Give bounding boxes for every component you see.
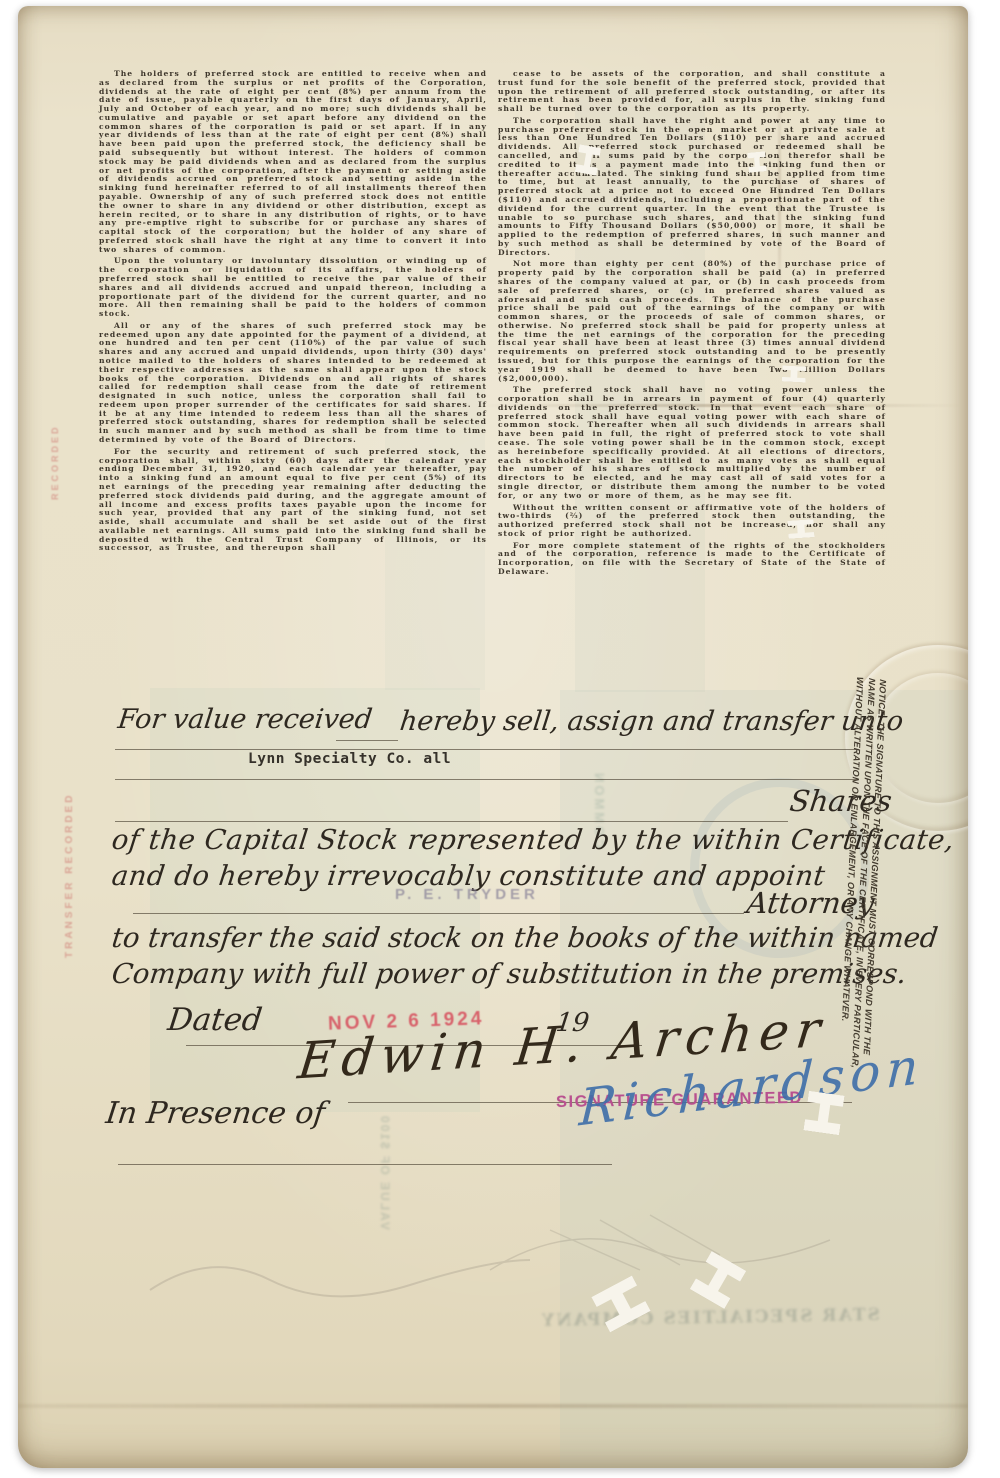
legal-paragraph: The corporation shall have the right and… (498, 117, 886, 258)
legal-paragraph: All or any of the shares of such preferr… (99, 322, 487, 445)
legal-paragraph: The preferred stock shall have no voting… (498, 386, 886, 500)
script-in-presence-of: In Presence of (104, 1096, 327, 1131)
script-transfer-books: to transfer the said stock on the books … (110, 922, 940, 954)
legal-paragraph: For the security and retirement of such … (99, 448, 487, 553)
script-dated: Dated (166, 1002, 264, 1038)
legal-paragraph: The holders of preferred stock are entit… (99, 70, 487, 254)
left-edge-stamp-upper: RECORDED (50, 330, 60, 500)
scanned-certificate-page: STAR SPECIALTIES COMPANY COMMON VALUE OF… (0, 0, 1000, 1478)
attorney-name-stamp: P. E. TRYDER (395, 886, 539, 903)
typed-assignee: Lynn Specialty Co. all (248, 751, 451, 767)
assignee-line-2 (115, 779, 859, 780)
legal-column-left: The holders of preferred stock are entit… (99, 70, 487, 556)
script-substitution: Company with full power of substitution … (110, 958, 908, 990)
legal-paragraph: Not more than eighty per cent (80%) of t… (498, 260, 886, 383)
legal-paragraph: Upon the voluntary or involuntary dissol… (99, 257, 487, 318)
legal-column-right: cease to be assets of the corporation, a… (498, 70, 886, 580)
attorney-line (133, 913, 744, 914)
assignee-line-1 (115, 749, 859, 750)
legal-paragraph: cease to be assets of the corporation, a… (498, 70, 886, 114)
legal-paragraph: For more complete statement of the right… (498, 542, 886, 577)
script-for-value-received: For value received (116, 704, 374, 735)
blank-line (336, 740, 398, 741)
script-hereby-sell: hereby sell, assign and transfer unto (398, 706, 905, 737)
fold-crease (18, 1404, 968, 1408)
legal-paragraph: Without the written consent or affirmati… (498, 504, 886, 539)
pencil-scribble (130, 1200, 890, 1360)
left-edge-stamp-lower: TRANSFER RECORDED (64, 622, 75, 958)
script-capital-stock: of the Capital Stock represented by the … (110, 824, 956, 856)
shares-line (115, 821, 788, 822)
witness-line (118, 1164, 612, 1165)
